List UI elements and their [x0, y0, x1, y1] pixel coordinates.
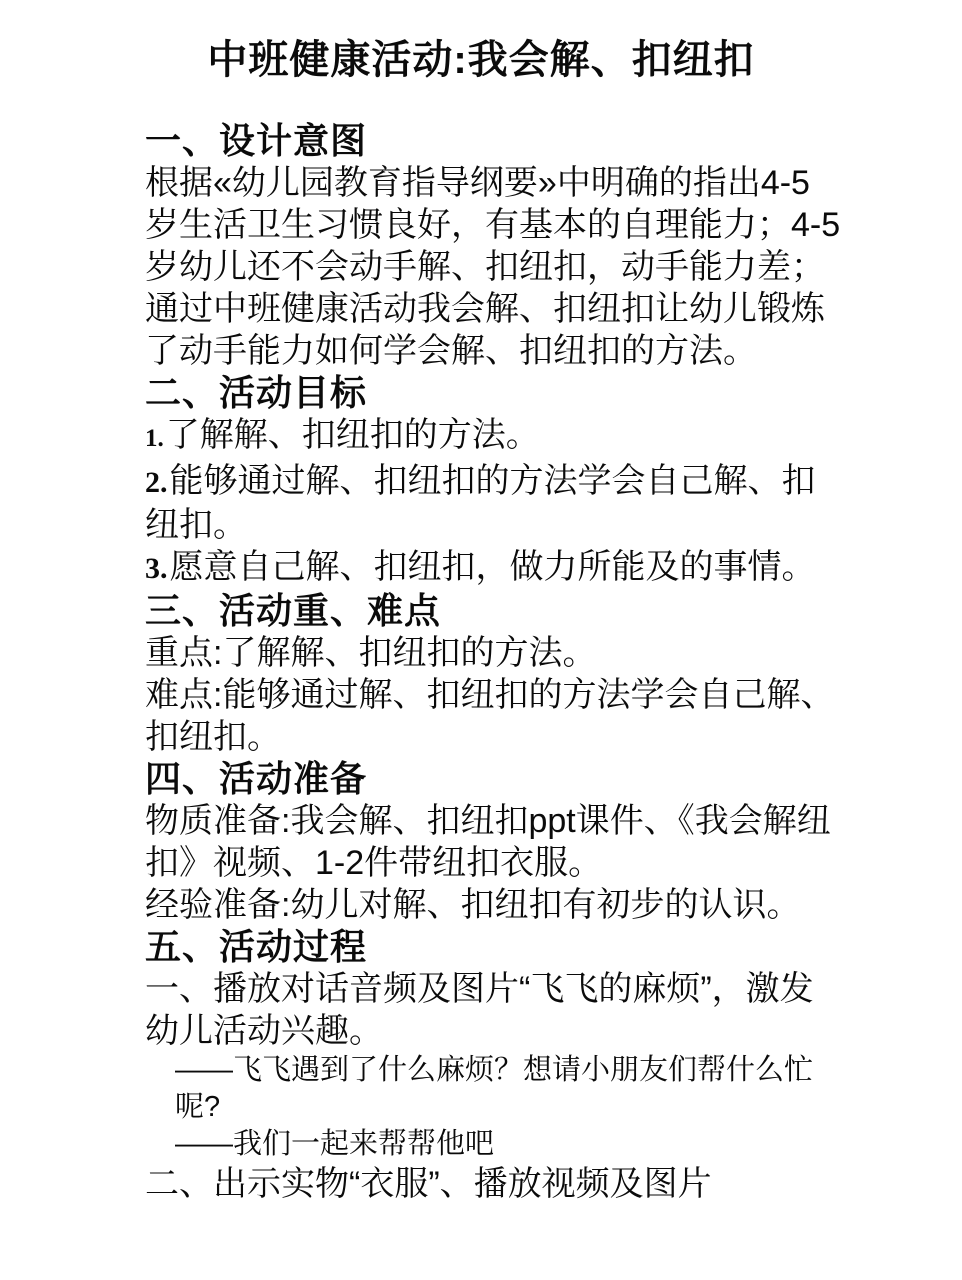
experience-preparation-paragraph: 经验准备:幼儿对解、扣纽扣有初步的认识。 [145, 884, 841, 926]
section-heading-key-difficult-points: 三、活动重、难点 [145, 590, 841, 632]
material-preparation-paragraph: 物质准备:我会解、扣纽扣ppt课件、《我会解纽扣》视频、1-2件带纽扣衣服。 [145, 800, 841, 884]
goal-item-1-number: 1. [145, 425, 166, 452]
dialogue-notes: ——飞飞遇到了什么麻烦？想请小朋友们帮什么忙呢? ——我们一起来帮帮他吧 [175, 1052, 841, 1163]
section-heading-design-intent: 一、设计意图 [145, 120, 841, 162]
goal-item-1: 1.了解解、扣纽扣的方法。 [145, 414, 841, 460]
page-title: 中班健康活动:我会解、扣纽扣 [40, 36, 922, 84]
goal-item-3: 3.愿意自己解、扣纽扣，做力所能及的事情。 [145, 546, 841, 590]
goal-item-2: 2.能够通过解、扣纽扣的方法学会自己解、扣纽扣。 [145, 460, 841, 546]
section-heading-activity-goals: 二、活动目标 [145, 372, 841, 414]
design-intent-paragraph: 根据«幼儿园教育指导纲要»中明确的指出4-5岁生活卫生习惯良好，有基本的自理能力… [145, 162, 841, 372]
goal-item-2-text: 能够通过解、扣纽扣的方法学会自己解、扣纽扣。 [145, 462, 816, 544]
key-point-paragraph: 重点:了解解、扣纽扣的方法。 [145, 632, 841, 674]
process-step-2: 二、出示实物“衣服”、播放视频及图片 [145, 1163, 841, 1205]
dialogue-note-1: ——飞飞遇到了什么麻烦？想请小朋友们帮什么忙呢? [175, 1052, 841, 1126]
goal-item-1-text: 了解解、扣纽扣的方法。 [166, 416, 540, 454]
goal-item-3-text: 愿意自己解、扣纽扣，做力所能及的事情。 [170, 548, 816, 586]
section-heading-activity-process: 五、活动过程 [145, 926, 841, 968]
process-step-1: 一、播放对话音频及图片“飞飞的麻烦”，激发幼儿活动兴趣。 [145, 968, 841, 1052]
document-page: 中班健康活动:我会解、扣纽扣 一、设计意图 根据«幼儿园教育指导纲要»中明确的指… [0, 0, 962, 1280]
goal-item-3-number: 3. [145, 552, 170, 585]
difficult-point-paragraph: 难点:能够通过解、扣纽扣的方法学会自己解、扣纽扣。 [145, 674, 841, 758]
goal-item-2-number: 2. [145, 466, 170, 499]
document-body: 一、设计意图 根据«幼儿园教育指导纲要»中明确的指出4-5岁生活卫生习惯良好，有… [145, 120, 841, 1205]
dialogue-note-2: ——我们一起来帮帮他吧 [175, 1126, 841, 1163]
section-heading-activity-preparation: 四、活动准备 [145, 758, 841, 800]
